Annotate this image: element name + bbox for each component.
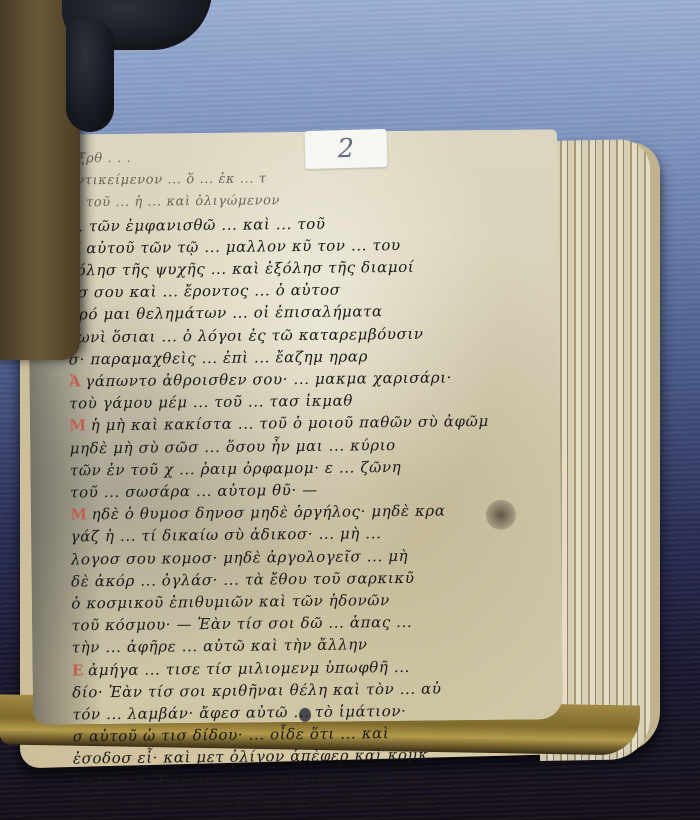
- line-text: ηδὲ ὁ θυμοσ δηνοσ μηδὲ ὀργήλος· μηδὲ κρα: [91, 502, 445, 524]
- line-text: ἀρό μαι θελημάτων ... οἱ ἐπισαλήματα: [68, 303, 383, 324]
- text-lines: ἀντικείμενον ... ὅ ... ἐκ ... τ... τοῦ .…: [67, 166, 544, 815]
- line-text: ... τῶν ἐμφανισθῶ ... καὶ ... τοῦ: [67, 214, 325, 235]
- line-text: θαρός ἐσ ὡ ὁ θάνατος ἔχεισ ἀπὸ θῦ· κτίσμ…: [73, 791, 432, 813]
- manuscript-photo: Ἐξρθ . . . ἀντικείμενον ... ὅ ... ἐκ ...…: [0, 0, 700, 820]
- line-text: ἀμήγα ... τισε τίσ μιλιομενμ ὑπωφθῆ ...: [88, 658, 410, 679]
- page-number-label: 2: [305, 129, 388, 169]
- line-text: σ· παραμαχθεὶς ... ἐπὶ ... ἔαζημ ηραρ: [69, 347, 368, 368]
- rubricated-initial: Ἀ: [69, 372, 81, 390]
- line-text: σ αὐτοῦ ὡ τισ δίδου· ... οἶδε ὅτι ... κα…: [73, 724, 390, 745]
- line-text: δίο· Ἐὰν τίσ σοι κριθῆναι θέλη καὶ τὸν .…: [72, 679, 442, 701]
- line-text: γάπωντο ἀθροισθεν σου· ... μακμα χαρισάρ…: [85, 368, 452, 390]
- line-text: ζόλησ τῆς ψυχῆς ... καὶ ἐξόλησ τῆς διαμο…: [68, 258, 415, 280]
- line-text: αὐτοῦ τῶν τῷ ... μαλλον κῦ τον ... του: [86, 236, 400, 257]
- line-text: τοῦ κόσμου· — Ἐὰν τίσ σοι δῶ ... ἁπας ..…: [71, 613, 412, 635]
- rubricated-initial: Ε: [72, 661, 84, 679]
- line-text: ὁ κοσμικοῦ ἐπιθυμιῶν καὶ τῶν ἡδονῶν: [71, 591, 390, 612]
- line-text: ... τοῦ ... ἡ ... καὶ ὀλιγώμενον: [67, 194, 280, 211]
- rubricated-initial: Μ: [70, 506, 87, 524]
- line-text: μαλύει σ· Ἐργασία ἀμῆ καὶ τίμιος· καὶ κα: [73, 769, 417, 791]
- line-text: τὴν ... ἀφῆρε ... αὐτῶ καὶ τὴν ἄλλην: [72, 636, 368, 657]
- line-text: τῶν ἐν τοῦ χ ... ῥαιμ ὀρφαμομ· ε ... ζῶν…: [70, 458, 402, 479]
- line-text: τωνὶ ὅσιαι ... ὁ λόγοι ἐς τῶ καταρεμβόυσ…: [68, 324, 423, 346]
- line-text: ἀντικείμενον ... ὅ ... ἐκ ... τ: [67, 172, 267, 189]
- manuscript-text: Ἐξρθ . . . ἀντικείμενον ... ὅ ... ἐκ ...…: [67, 144, 544, 815]
- line-text: τοῦ ... σωσάρα ... αὐτομ θῦ· —: [70, 481, 318, 502]
- line-text: γάζ ἡ ... τί δικαίω σὺ ἀδικοσ· ... μὴ ..…: [70, 525, 381, 546]
- rubricated-initial: Μ: [69, 417, 86, 435]
- line-text: ἐσοδοσ εἶ· καὶ μετ ὀλίγον ἀπὲφερ καὶ κομ…: [73, 746, 429, 768]
- line-text: λογοσ σου κομοσ· μηδὲ ἀργολογεῖσ ... μὴ: [71, 547, 408, 569]
- line-text: δὲ ἀκόρ ... ὀγλάσ· ... τὰ ἔθου τοῦ σαρκι…: [71, 569, 415, 591]
- line-text: τόν ... λαμβάν· ἄφεσ αὐτῶ ... τὸ ἱμάτιον…: [72, 702, 406, 723]
- line-text: ὁσ σου καὶ ... ἔροντος ... ὁ αὐτοσ: [68, 281, 341, 302]
- line-text: τοὺ γάμου μέμ ... τοῦ ... τασ ἰκμαθ: [69, 392, 353, 413]
- label-text: 2: [337, 134, 354, 164]
- line-text: μηδὲ μὴ σὺ σῶσ ... ὅσου ἦν μαι ... κύριο: [70, 436, 396, 457]
- line-text: ἡ μὴ καὶ κακίστα ... τοῦ ὁ μοιοῦ παθῶν σ…: [91, 413, 489, 435]
- gloved-finger: [66, 20, 114, 132]
